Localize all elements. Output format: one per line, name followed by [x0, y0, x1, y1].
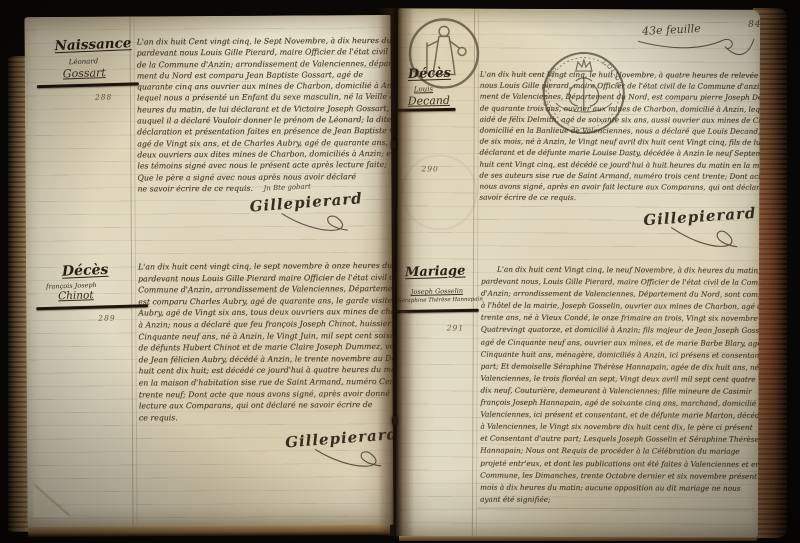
act-text-naissance-gossart: L'an dix huit Cent vingt cinq, le Sept N…	[137, 35, 390, 195]
margin-name-leonard: Léonard	[69, 57, 99, 66]
act-text-line: Commune, les Dimanches, trente Octobre d…	[480, 469, 756, 482]
act-text-line: huit cent Vingt cinq, est décédé ce jour…	[479, 158, 757, 170]
register-book-photo: Naissance Léonard Gossart 288 L'an dix h…	[0, 0, 800, 543]
margin-title-deces-decand: Décès	[408, 66, 452, 82]
record-number-288: 288	[95, 93, 112, 102]
act-text-line: Quatrevingt quatorze, et domicilié à Anz…	[481, 324, 757, 337]
act-text-deces-chinot: L'an dix huit cent vingt cinq, le sept n…	[138, 260, 391, 424]
margin-name-gossart: Gossart	[63, 66, 106, 80]
act-text-line: à Anzin; nous a déclaré que feu françois…	[138, 318, 390, 331]
folio-page-number: 84	[748, 20, 760, 30]
sheet-flourish-icon	[636, 33, 756, 64]
record-number-291: 291	[447, 323, 464, 332]
margin-title-naissance: Naissance	[54, 35, 131, 54]
right-page: 75 CENTIMES LOI DU 43e feuille	[396, 8, 760, 538]
act-text-mariage-gosselin-hannapain: L'an dix huit cent Vingt cinq, le neuf N…	[480, 264, 757, 507]
act-text-line: L'an dix huit cent vingt cinq, le sept n…	[138, 260, 390, 273]
act-text-line: de quarante trois ans, ouvrier aux mines…	[480, 102, 758, 114]
signature-flourish-icon	[276, 209, 366, 240]
act-text-line: part; Et demoiselle Séraphine Thérèse Ha…	[481, 360, 757, 373]
margin-title-deces-chinot: Décès	[62, 262, 109, 280]
act-text-line: Cinquante huit ans, ménagère, domiciliés…	[481, 348, 757, 361]
margin-name-chinot: Chinot	[58, 289, 94, 302]
act-text-line: déclarant et de défunte marie Louise Das…	[480, 147, 758, 159]
margin-name-louis: Louis	[414, 85, 433, 93]
left-page: Naissance Léonard Gossart 288 L'an dix h…	[24, 15, 393, 527]
record-number-289: 289	[98, 314, 115, 323]
figure-revenue-stamp-icon: 75	[406, 12, 482, 94]
act-text-line: ment de Valenciennes, Département du Nor…	[480, 91, 758, 103]
folded-page-corner	[33, 485, 69, 517]
act-text-line: projeté entr'eux, et dont les publicatio…	[480, 457, 756, 470]
act-text-line: agé de Cinquante neuf ans, ouvrier aux m…	[481, 336, 757, 349]
act-text-line: savoir écrire de ce requis.	[479, 192, 757, 204]
act-text-line: Que le père a signé avec nous après nous…	[137, 170, 389, 183]
act-text-line: pardevant nous Louis Gille Pierard, mair…	[137, 46, 389, 59]
act-text-line: en la maison d'habitation sise rue de Sa…	[139, 376, 391, 389]
binding-stitch	[392, 416, 397, 425]
signature-flourish-icon	[665, 223, 755, 257]
act-text-line: lecture aux Comparans, qui ont déclaré n…	[139, 399, 391, 412]
binding-stitch	[391, 140, 396, 149]
margin-name-gosselin: Joseph Gosselin	[411, 287, 463, 296]
act-text-line: Hannapain; Nous ont Requis de procéder à…	[480, 445, 756, 458]
act-text-line: Valenciennes, le trois floréal an sept, …	[481, 372, 757, 385]
margin-divider-bar	[37, 82, 139, 88]
act-text-deces-decand: L'an dix huit cent Vingt cinq, le huit N…	[479, 69, 758, 205]
frame-rule-bottom	[478, 508, 754, 510]
act-text-line: les témoins signé avec nous le présent a…	[137, 159, 389, 172]
act-text-line: ayant été signifiée;	[480, 493, 756, 506]
act-text-line: mois à dix heures du matin; aucune oppos…	[480, 481, 756, 494]
binding-gutter	[378, 8, 414, 536]
record-number-290: 290	[421, 164, 438, 173]
act-text-line: ce requis.	[139, 411, 391, 424]
